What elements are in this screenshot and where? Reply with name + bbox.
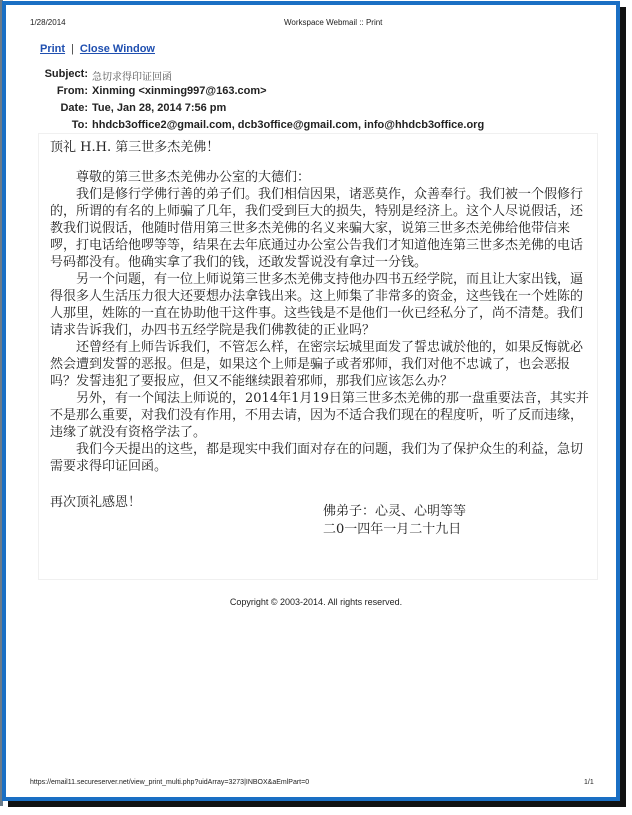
greeting: 顶礼 H.H. 第三世多杰羌佛！ bbox=[50, 139, 595, 156]
salutation: 尊敬的第三世多杰羌佛办公室的大德们： bbox=[50, 169, 595, 186]
date-row: Date: Tue, Jan 28, 2014 7:56 pm bbox=[40, 102, 484, 119]
print-footer-url: https://email11.secureserver.net/view_pr… bbox=[30, 779, 309, 786]
date-label: Date: bbox=[40, 102, 92, 119]
signature-name: 佛弟子：心灵、心明等等 bbox=[323, 503, 466, 521]
message-body: 顶礼 H.H. 第三世多杰羌佛！ 尊敬的第三世多杰羌佛办公室的大德们： 我们是修… bbox=[50, 139, 595, 511]
paragraph: 我们是修行学佛行善的弟子们。我们相信因果，诸恶莫作，众善奉行。我们被一个假修行的… bbox=[50, 186, 595, 271]
subject-label: Subject: bbox=[40, 68, 92, 85]
subject-value: 急切求得印证回函 bbox=[92, 68, 172, 85]
print-date: 1/28/2014 bbox=[30, 18, 66, 27]
paragraph: 还曾经有上师告诉我们，不管怎么样，在密宗坛城里面发了誓忠诚於他的，如果反悔就必然… bbox=[50, 339, 595, 390]
paragraph: 另一个问题，有一位上师说第三世多杰羌佛支持他办四书五经学院，而且让大家出钱，逼得… bbox=[50, 271, 595, 339]
date-value: Tue, Jan 28, 2014 7:56 pm bbox=[92, 102, 226, 119]
from-label: From: bbox=[40, 85, 92, 102]
print-title: Workspace Webmail :: Print bbox=[284, 18, 382, 27]
print-link[interactable]: Print bbox=[40, 43, 65, 55]
separator: | bbox=[71, 43, 74, 55]
print-footer-page: 1/1 bbox=[584, 779, 594, 786]
action-links: Print|Close Window bbox=[40, 43, 155, 55]
signature: 佛弟子：心灵、心明等等 二0一四年一月二十九日 bbox=[323, 503, 466, 539]
paragraph: 另外，有一个闻法上师说的，2014年1月19日第三世多杰羌佛的那一盘重要法音，其… bbox=[50, 390, 595, 441]
signature-date: 二0一四年一月二十九日 bbox=[323, 521, 466, 539]
copyright: Copyright © 2003-2014. All rights reserv… bbox=[0, 597, 632, 607]
subject-row: Subject: 急切求得印证回函 bbox=[40, 68, 484, 85]
from-row: From: Xinming <xinming997@163.com> bbox=[40, 85, 484, 102]
from-value: Xinming <xinming997@163.com> bbox=[92, 85, 267, 102]
close-window-link[interactable]: Close Window bbox=[80, 43, 155, 55]
paragraph: 我们今天提出的这些，都是现实中我们面对存在的问题，我们为了保护众生的利益，急切需… bbox=[50, 441, 595, 475]
email-headers: Subject: 急切求得印证回函 From: Xinming <xinming… bbox=[40, 68, 484, 136]
